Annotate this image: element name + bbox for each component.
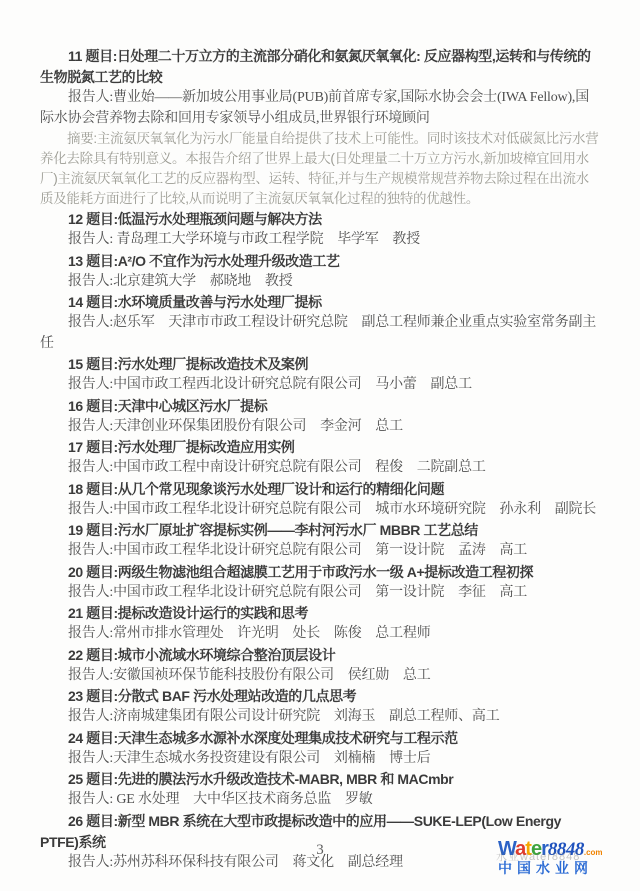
water8848-wordmark: Water8848.com xyxy=(498,839,638,859)
topic-19-heading: 19 题目:污水厂原址扩容提标实例——李村河污水厂 MBBR 工艺总结 xyxy=(40,520,602,541)
topic-22-speaker: 报告人:安徽国祯环保节能科技股份有限公司 侯红勋 总工 xyxy=(40,666,602,687)
topic-19-speaker: 报告人:中国市政工程华北设计研究总院有限公司 第一设计院 孟涛 高工 xyxy=(40,541,602,562)
document-page: 11 题目:日处理二十万立方的主流部分硝化和氨氮厌氧氧化: 反应器构型,运转和与… xyxy=(0,0,640,891)
topic-21-heading: 21 题目:提标改造设计运行的实践和思考 xyxy=(40,603,602,624)
topic-22-heading: 22 题目:城市小流域水环境综合整治顶层设计 xyxy=(40,645,602,666)
brand-letter: e xyxy=(531,838,541,860)
brand-letter: a xyxy=(515,838,525,860)
brand-tld: .com xyxy=(584,848,603,857)
topic-14-speaker: 报告人:赵乐军 天津市市政工程设计研究总院 副总工程师兼企业重点实验室常务副主任 xyxy=(40,313,602,354)
topic-25-heading: 25 题目:先进的膜法污水升级改造技术-MABR, MBR 和 MACmbr xyxy=(40,769,602,790)
brand-letter: W xyxy=(498,838,515,860)
water8848-subtitle: 中国水业网 xyxy=(498,861,638,875)
topic-15-heading: 15 题目:污水处理厂提标改造技术及案例 xyxy=(40,354,602,375)
topic-24-heading: 24 题目:天津生态城多水源补水深度处理集成技术研究与工程示范 xyxy=(40,728,602,749)
topic-18-speaker: 报告人:中国市政工程华北设计研究总院有限公司 城市水环境研究院 孙永利 副院长 xyxy=(40,500,602,521)
topic-17-speaker: 报告人:中国市政工程中南设计研究总院有限公司 程俊 二院副总工 xyxy=(40,458,602,479)
topic-12-speaker: 报告人: 青岛理工大学环境与市政工程学院 毕学军 教授 xyxy=(40,230,602,251)
topic-13-heading: 13 题目:A²/O 不宜作为污水处理升级改造工艺 xyxy=(40,251,602,272)
topic-20-speaker: 报告人:中国市政工程华北设计研究总院有限公司 第一设计院 李征 高工 xyxy=(40,583,602,604)
topic-24-speaker: 报告人:天津生态城水务投资建设有限公司 刘楠楠 博士后 xyxy=(40,749,602,770)
topic-11-speaker: 报告人:曹业始——新加坡公用事业局(PUB)前首席专家,国际水协会会士(IWA … xyxy=(40,88,602,129)
topic-23-heading: 23 题目:分散式 BAF 污水处理站改造的几点思考 xyxy=(40,686,602,707)
topic-11-abstract: 摘要:主流氨厌氧氧化为污水厂能量自给提供了技术上可能性。同时该技术对低碳氮比污水… xyxy=(40,129,602,209)
topic-25-speaker: 报告人: GE 水处理 大中华区技术商务总监 罗敏 xyxy=(40,790,602,811)
topic-23-speaker: 报告人:济南城建集团有限公司设计研究院 刘海玉 副总工程师、高工 xyxy=(40,707,602,728)
topic-11-heading: 11 题目:日处理二十万立方的主流部分硝化和氨氮厌氧氧化: 反应器构型,运转和与… xyxy=(40,46,602,88)
brand-letter: r xyxy=(541,838,548,860)
conference-agenda-text: 11 题目:日处理二十万立方的主流部分硝化和氨氮厌氧氧化: 反应器构型,运转和与… xyxy=(40,46,602,873)
brand-number: 8848 xyxy=(548,839,584,860)
topic-17-heading: 17 题目:污水处理厂提标改造应用实例 xyxy=(40,437,602,458)
topic-20-heading: 20 题目:两级生物滤池组合超滤膜工艺用于市政污水一级 A+提标改造工程初探 xyxy=(40,562,602,583)
topic-15-speaker: 报告人:中国市政工程西北设计研究总院有限公司 马小蕾 副总工 xyxy=(40,375,602,396)
topic-13-speaker: 报告人:北京建筑大学 郝晓地 教授 xyxy=(40,272,602,293)
topic-21-speaker: 报告人:常州市排水管理处 许光明 处长 陈俊 总工程师 xyxy=(40,624,602,645)
topic-16-speaker: 报告人:天津创业环保集团股份有限公司 李金河 总工 xyxy=(40,417,602,438)
water8848-logo: Water8848.com 中国水业网 水业water8848 xyxy=(498,839,638,875)
topic-12-heading: 12 题目:低温污水处理瓶颈问题与解决方法 xyxy=(40,209,602,230)
topic-16-heading: 16 题目:天津中心城区污水厂提标 xyxy=(40,396,602,417)
topic-18-heading: 18 题目:从几个常见现象谈污水处理厂设计和运行的精细化问题 xyxy=(40,479,602,500)
topic-14-heading: 14 题目:水环境质量改善与污水处理厂提标 xyxy=(40,292,602,313)
